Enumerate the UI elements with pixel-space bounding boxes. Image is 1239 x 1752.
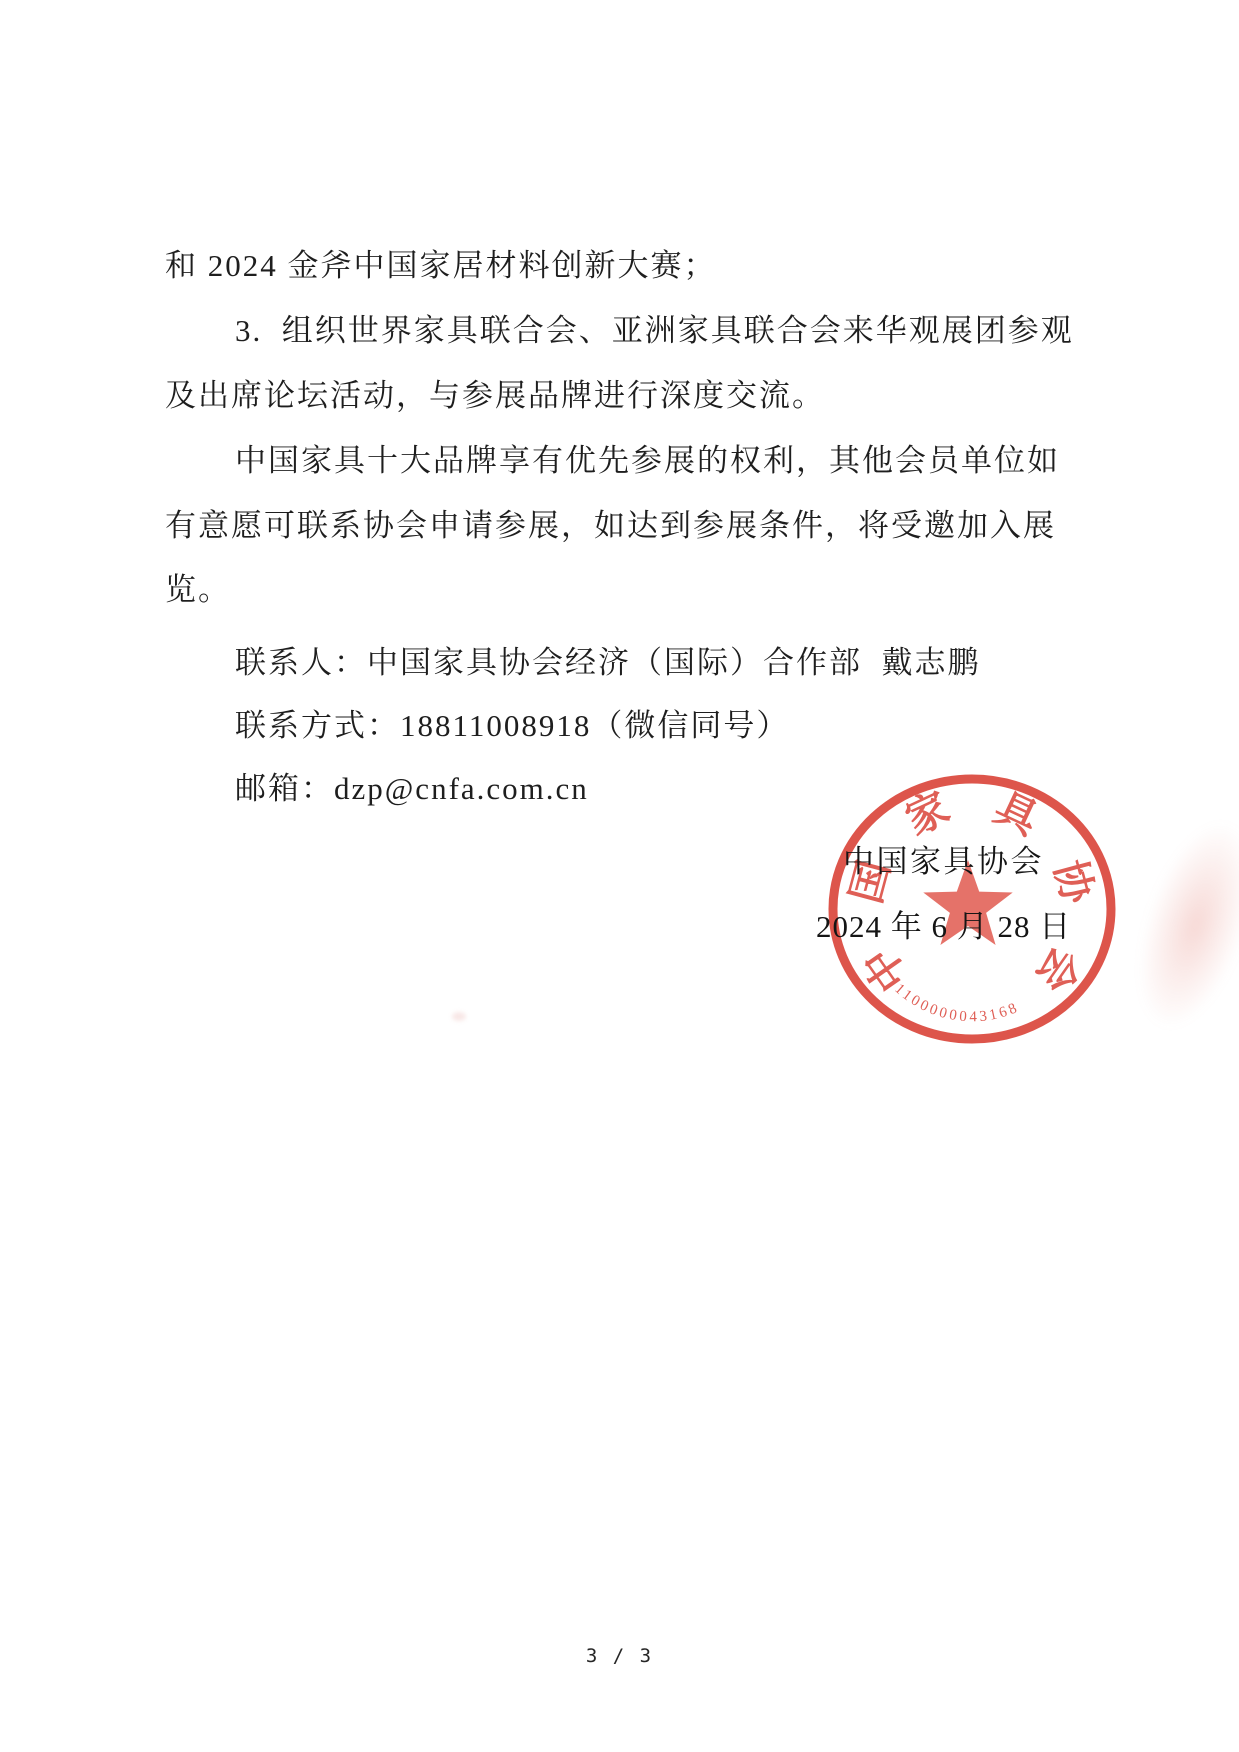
- ink-smudge: [1118, 810, 1239, 1039]
- contact-person-line: 联系人：中国家具协会经济（国际）合作部 戴志鹏: [235, 643, 981, 683]
- page-number: 3 / 3: [586, 1645, 653, 1667]
- ink-speck: [452, 1012, 466, 1021]
- contact-phone-line: 联系方式：18811008918（微信同号）: [235, 706, 789, 746]
- signature-date: 2024 年 6 月 28 日: [816, 901, 1071, 946]
- body-line: 及出席论坛活动，与参展品牌进行深度交流。: [165, 376, 825, 416]
- signature-org: 中国家具协会: [843, 836, 1044, 881]
- document-page: 和 2024 金斧中国家居材料创新大赛； 3. 组织世界家具联合会、亚洲家具联合…: [0, 0, 1239, 1752]
- body-line: 和 2024 金斧中国家居材料创新大赛；: [165, 246, 717, 286]
- body-line: 3. 组织世界家具联合会、亚洲家具联合会来华观展团参观: [235, 311, 1074, 351]
- body-line: 有意愿可联系协会申请参展，如达到参展条件，将受邀加入展: [165, 506, 1056, 546]
- body-line: 中国家具十大品牌享有优先参展的权利，其他会员单位如: [235, 441, 1060, 481]
- body-line: 览。: [165, 570, 231, 610]
- contact-email-line: 邮箱：dzp@cnfa.com.cn: [235, 769, 589, 809]
- seal-code: 1100000043168: [891, 981, 1022, 1025]
